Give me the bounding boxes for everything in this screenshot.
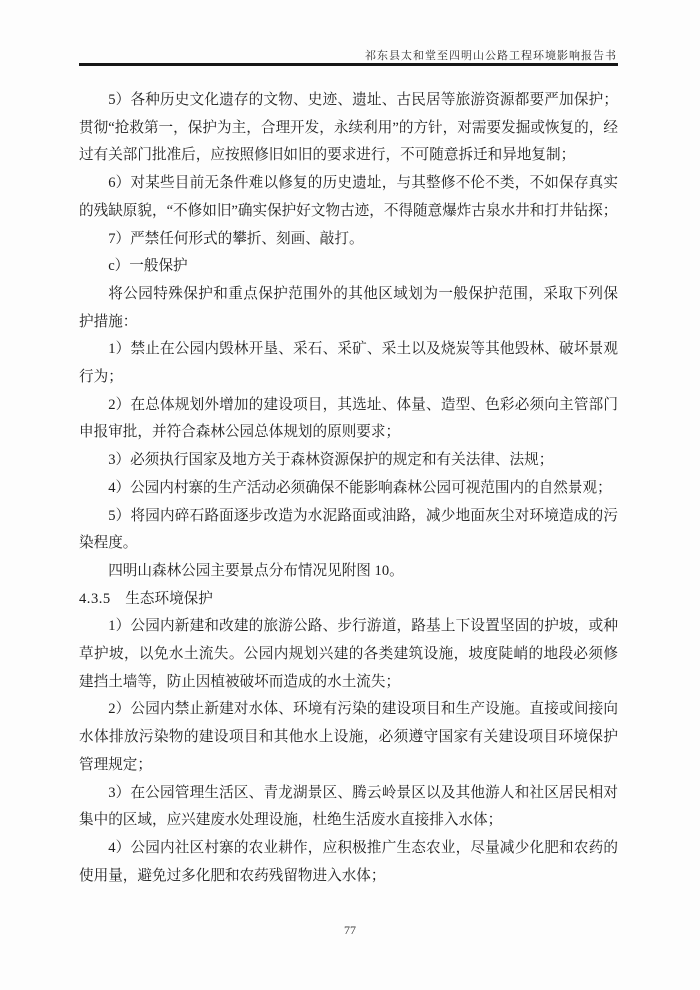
paragraph: 5）各种历史文化遗存的文物、史迹、遗址、古民居等旅游资源都要严加保护；贯彻“抢救… bbox=[79, 87, 618, 170]
running-header: 祁东县太和堂至四明山公路工程环境影响报告书 bbox=[365, 47, 617, 63]
paragraph: c）一般保护 bbox=[79, 253, 618, 281]
paragraph: 4）公园内社区村寨的农业耕作，应积极推广生态农业，尽量减少化肥和农药的使用量，避… bbox=[79, 835, 618, 890]
paragraph: 1）禁止在公园内毁林开垦、采石、采矿、采土以及烧炭等其他毁林、破坏景观行为； bbox=[79, 336, 618, 391]
section-number: 4.3.5 bbox=[79, 591, 111, 607]
page-number: 77 bbox=[0, 923, 700, 938]
paragraph: 7）严禁任何形式的攀折、刻画、敲打。 bbox=[79, 226, 618, 254]
paragraph: 6）对某些目前无条件难以修复的历史遗址，与其整修不伦不类，不如保存真实的残缺原貌… bbox=[79, 170, 618, 225]
header-rule bbox=[79, 63, 618, 66]
report-page: 祁东县太和堂至四明山公路工程环境影响报告书 5）各种历史文化遗存的文物、史迹、遗… bbox=[0, 0, 700, 990]
paragraph: 2）在总体规划外增加的建设项目，其选址、体量、造型、色彩必须向主管部门申报审批，… bbox=[79, 392, 618, 447]
paragraph: 四明山森林公园主要景点分布情况见附图 10。 bbox=[79, 558, 618, 586]
paragraph: 3）必须执行国家及地方关于森林资源保护的规定和有关法律、法规； bbox=[79, 447, 618, 475]
paragraph: 5）将园内碎石路面逐步改造为水泥路面或油路，减少地面灰尘对环境造成的污染程度。 bbox=[79, 503, 618, 558]
paragraph: 4）公园内村寨的生产活动必须确保不能影响森林公园可视范围内的自然景观； bbox=[79, 475, 618, 503]
section-title: 生态环境保护 bbox=[125, 591, 213, 607]
paragraph: 1）公园内新建和改建的旅游公路、步行游道，路基上下设置坚固的护坡，或种草护坡，以… bbox=[79, 613, 618, 696]
paragraph: 2）公园内禁止新建对水体、环境有污染的建设项目和生产设施。直接或间接向水体排放污… bbox=[79, 696, 618, 779]
section-heading: 4.3.5生态环境保护 bbox=[79, 586, 618, 614]
document-body: 5）各种历史文化遗存的文物、史迹、遗址、古民居等旅游资源都要严加保护；贯彻“抢救… bbox=[79, 87, 618, 890]
paragraph: 将公园特殊保护和重点保护范围外的其他区域划为一般保护范围，采取下列保护措施： bbox=[79, 281, 618, 336]
paragraph: 3）在公园管理生活区、青龙湖景区、腾云岭景区以及其他游人和社区居民相对集中的区域… bbox=[79, 780, 618, 835]
